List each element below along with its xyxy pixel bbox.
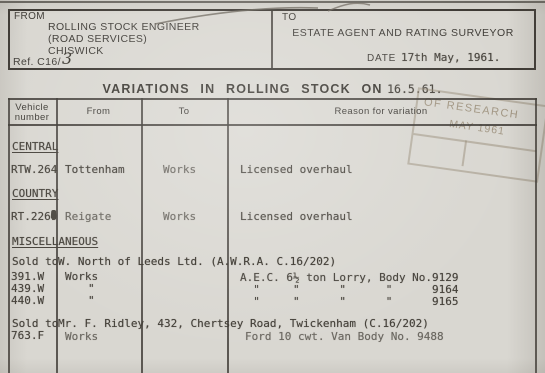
vehicle-number: 439.W [11,283,44,294]
stamp-divider-vertical [462,140,467,166]
table-col-line-2 [141,98,143,373]
from-location: Works [65,271,98,282]
col-header-from: From [56,106,141,117]
buyer-line: Mr. F. Ridley, 432, Chertsey Road, Twick… [58,318,429,329]
to-location: Works [163,164,196,175]
table-col-line-3 [227,98,229,373]
section-heading-country: COUNTRY [12,188,58,199]
scanned-memo-document: FROM ROLLING STOCK ENGINEER (ROAD SERVIC… [0,0,545,373]
table-right-border [535,98,537,373]
from-location: Reigate [65,211,111,222]
vehicle-number: RTW.264 [11,164,57,175]
date-label: DATE [367,53,396,64]
buyer-line: W. North of Leeds Ltd. (A.W.R.A. C.16/20… [58,256,336,267]
handwritten-pen-stroke [0,0,545,40]
table-header-underline [8,124,537,126]
vehicle-detail: " " " " 9164 [240,284,459,295]
title-printed: VARIATIONS IN ROLLING STOCK ON [103,82,383,96]
ditto-mark: " [88,283,95,294]
col-header-to: To [141,106,227,117]
sold-to-prefix: Sold to [12,256,58,267]
ditto-mark: " [88,295,95,306]
col-header-vehicle-line2: number [8,112,56,123]
date-value: 17th May, 1961. [401,52,500,63]
vehicle-detail: " " " " 9165 [240,296,459,307]
vehicle-number: 763.F [11,330,44,341]
reason-for-variation: Licensed overhaul [240,211,353,222]
vehicle-number: 440.W [11,295,44,306]
to-location: Works [163,211,196,222]
table-left-border [8,98,10,373]
ink-blot [51,210,57,219]
reason-for-variation: Licensed overhaul [240,164,353,175]
ref-number-handwritten: 3 [62,49,72,68]
col-header-reason: Reason for variation [227,106,535,117]
vehicle-detail: A.E.C. 6½ ton Lorry, Body No.9129 [240,272,459,283]
table-top-border [8,98,537,100]
vehicle-detail: Ford 10 cwt. Van Body No. 9488 [245,331,444,342]
received-stamp: OF RESEARCH MAY 1961 [407,87,545,183]
sold-to-prefix: Sold to [12,318,58,329]
ref-label: Ref. C16/ [13,56,61,68]
from-location: Tottenham [65,164,125,175]
section-heading-central: CENTRAL [12,141,58,152]
stamp-line2: MAY 1961 [448,118,505,138]
from-location: Works [65,331,98,342]
vehicle-number: 391.W [11,271,44,282]
stamp-divider-horizontal [413,133,536,152]
section-heading-miscellaneous: MISCELLANEOUS [12,236,98,247]
